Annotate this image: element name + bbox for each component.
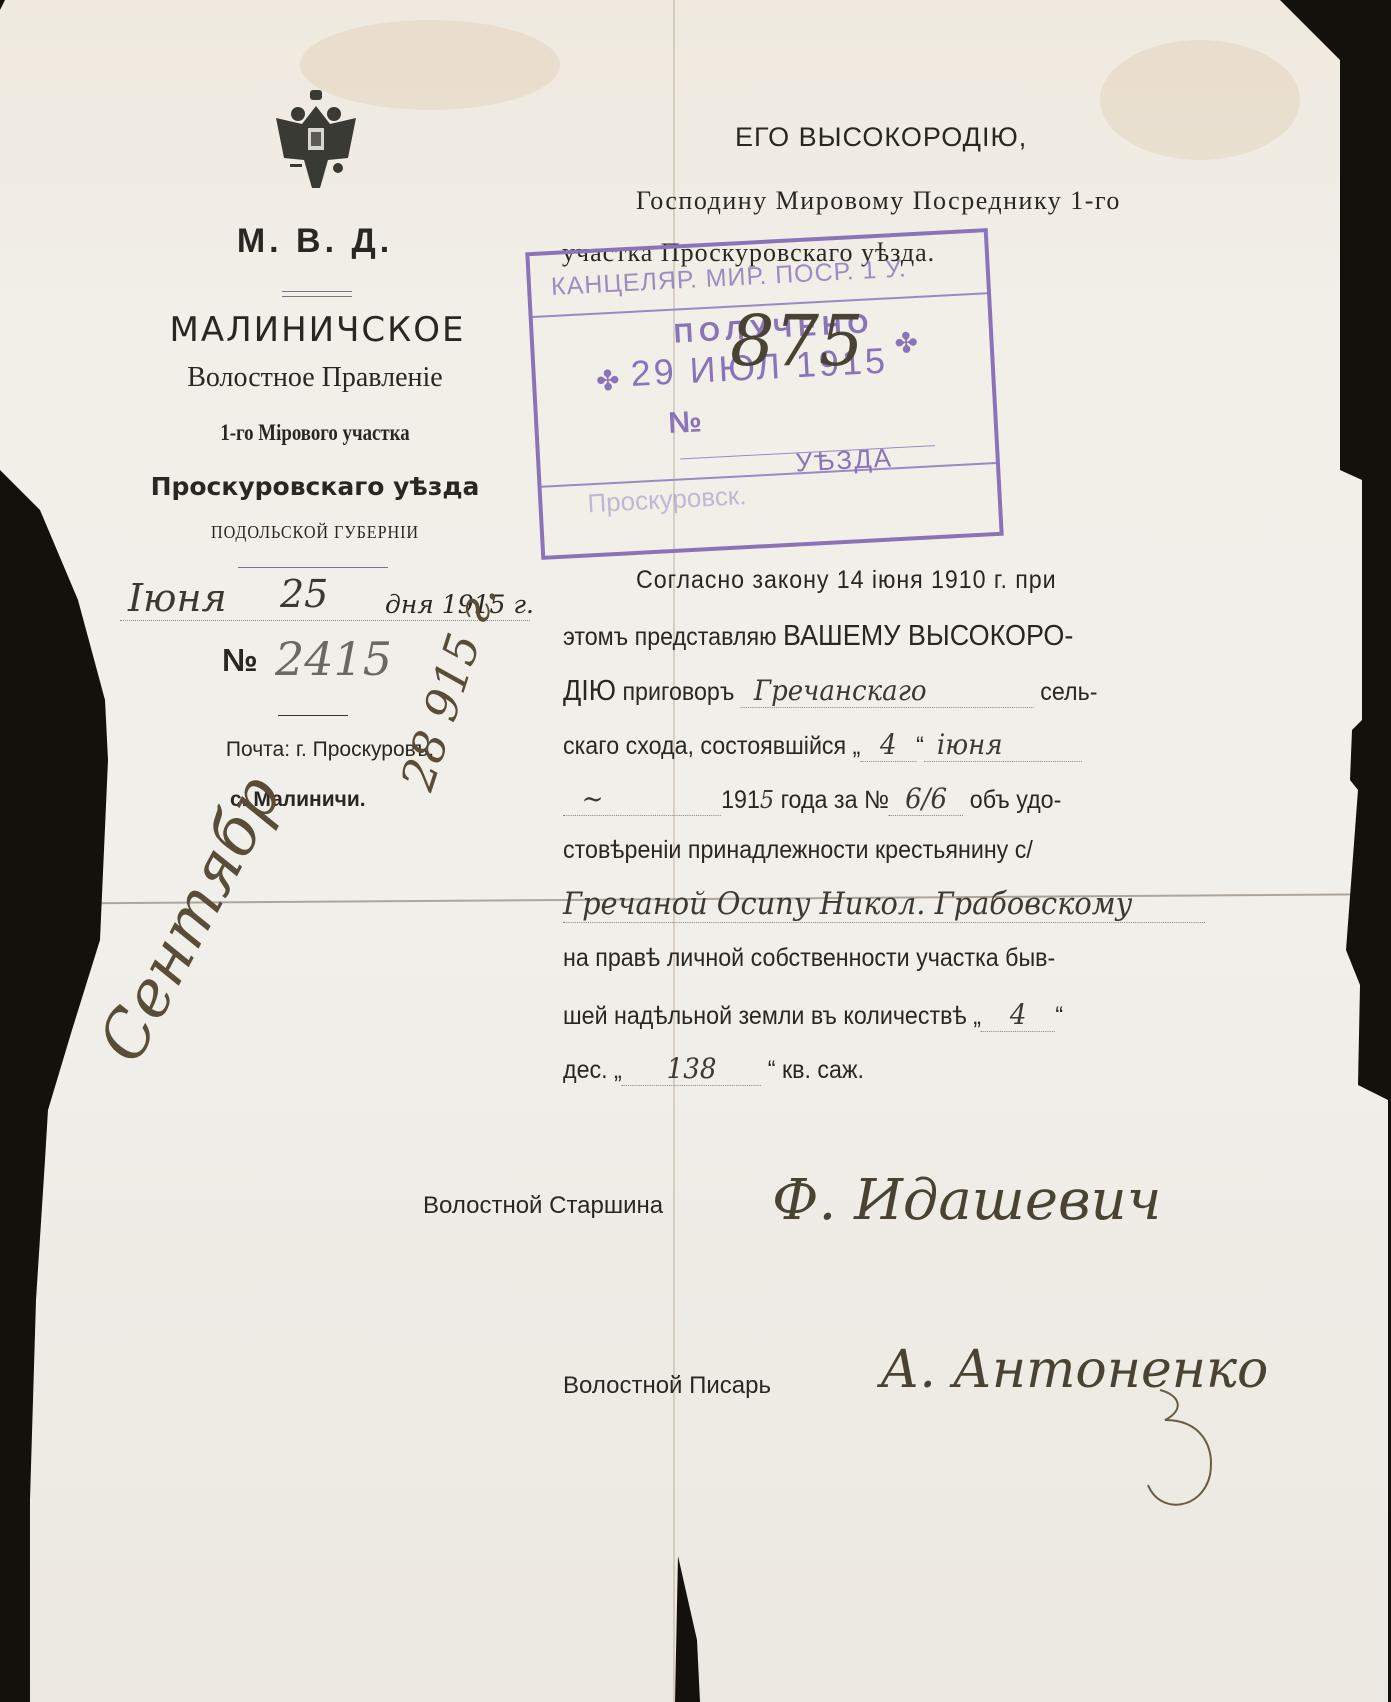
province: ПОДОЛЬСКОЙ ГУБЕРНІИ [167, 522, 464, 543]
body-text: 191 [721, 786, 760, 814]
district-section: 1-го Мірового участка [180, 420, 451, 446]
office-type: Волостное Правленіе [105, 362, 525, 394]
stamp-header: КАНЦЕЛЯР. МИР. ПОСР. 1 У. [550, 254, 907, 302]
divider [238, 567, 388, 568]
fill-field: Гречаной Осипу Никол. Грабовскому [563, 886, 1205, 923]
body-text: скаго схода, состоявшійся „ [563, 732, 860, 760]
double-headed-eagle-icon [268, 88, 364, 198]
body-text: “ кв. саж. [768, 1056, 864, 1084]
divider [282, 291, 352, 292]
ornament-icon: ✤ [894, 326, 919, 360]
stamp-county-faded: Проскуровск. [587, 480, 747, 519]
body-line-6: стовѣреніи принадлежности крестьянину с/ [563, 836, 1033, 865]
body-line-2: этомъ представляю ВАШЕМУ ВЫСОКОРО- [563, 620, 1073, 653]
body-text-caps: ВАШЕМУ ВЫСОКОРО- [783, 620, 1073, 652]
date-month: Іюня [128, 576, 227, 620]
sazhen-value: 138 [667, 1052, 717, 1085]
elder-label: Волостной Старшина [423, 1192, 663, 1220]
body-line-4: скаго схода, состоявшійся „4“іюня [563, 728, 1082, 762]
body-text: сель- [1034, 678, 1098, 706]
document-paper: М. В. Д. МАЛИНИЧСКОЕ Волостное Правленіе… [0, 0, 1391, 1702]
desyatinas-value: 4 [1010, 998, 1027, 1031]
fill-field: 138 [622, 1052, 762, 1086]
signature-flourish-icon [1140, 1385, 1230, 1515]
number-label: № [222, 642, 258, 679]
body-line-7: Гречаной Осипу Никол. Грабовскому [563, 886, 1205, 923]
body-line-5: ~1915 года за №6/6 объ удо- [563, 782, 1061, 816]
divider [282, 296, 352, 297]
body-text: приговоръ [616, 678, 741, 706]
body-text: дес. „ [563, 1056, 622, 1084]
assembly-day: 4 [880, 728, 897, 761]
fill-field: іюня [924, 728, 1082, 762]
elder-signature: Ф. Идашевич [772, 1168, 1161, 1233]
stamp-rule [541, 462, 995, 488]
body-line-10: дес. „138 “ кв. саж. [563, 1052, 864, 1086]
body-text: этомъ представляю [563, 623, 783, 651]
stamp-number-label: № [668, 405, 703, 441]
body-line-1: Согласно закону 14 іюня 1910 г. при [636, 566, 1057, 595]
ministry-abbrev: М. В. Д. [225, 222, 405, 261]
ornament-divider [278, 715, 348, 716]
honorific: ЕГО ВЫСОКОРОДІЮ, [735, 122, 1027, 153]
ornament-icon: ✤ [595, 364, 620, 398]
addressee-line-1: Господину Мировому Посреднику 1-го [636, 186, 1121, 216]
office-name: МАЛИНИЧСКОЕ [140, 310, 495, 350]
date-day: 25 [280, 572, 328, 616]
body-text: объ удо- [970, 786, 1062, 814]
filler-mark: ~ [563, 782, 603, 815]
fill-field: 6/6 [889, 782, 963, 816]
fill-field: 4 [860, 728, 916, 762]
margin-annotation: Сентябр [85, 764, 297, 1074]
body-line-9: шей надѣльной земли въ количествѣ „4“ [563, 998, 1063, 1032]
decree-number: 6/6 [905, 782, 947, 815]
body-text: “ [1055, 1002, 1063, 1030]
fill-field: Гречанскаго [741, 674, 1034, 708]
body-text: года за № [774, 786, 889, 814]
body-text: на правѣ личной собственности участка бы… [563, 944, 1055, 972]
county: Проскуровскаго уѣзда [100, 472, 530, 501]
village-name-handwritten: Гречанскаго [741, 674, 927, 707]
body-text: шей надѣльной земли въ количествѣ „ [563, 1002, 981, 1030]
peasant-name-handwritten: Гречаной Осипу Никол. Грабовскому [563, 886, 1132, 922]
outgoing-number: 2415 [275, 632, 392, 686]
body-text: стовѣреніи принадлежности крестьянину с/ [563, 836, 1033, 864]
body-line-8: на правѣ личной собственности участка бы… [563, 944, 1055, 973]
stain [1100, 40, 1300, 160]
body-line-3: ДІЮ приговоръ Гречанскаго сель- [563, 674, 1097, 708]
received-stamp: КАНЦЕЛЯР. МИР. ПОСР. 1 У. ПОЛУЧЕНО ✤ 29 … [525, 228, 1003, 560]
body-text-caps: ДІЮ [563, 675, 616, 707]
clerk-label: Волостной Писарь [563, 1372, 771, 1400]
fill-field: 4 [981, 998, 1055, 1032]
body-text: “ [916, 732, 924, 760]
stamp-handwritten-number: 875 [730, 300, 864, 382]
stamp-county: УѢЗДА [795, 442, 894, 478]
assembly-month: іюня [924, 728, 1003, 761]
year-digit: 5 [760, 786, 774, 814]
body-text: Согласно закону 14 іюня 1910 г. при [636, 566, 1057, 594]
fill-field: ~ [563, 782, 721, 816]
